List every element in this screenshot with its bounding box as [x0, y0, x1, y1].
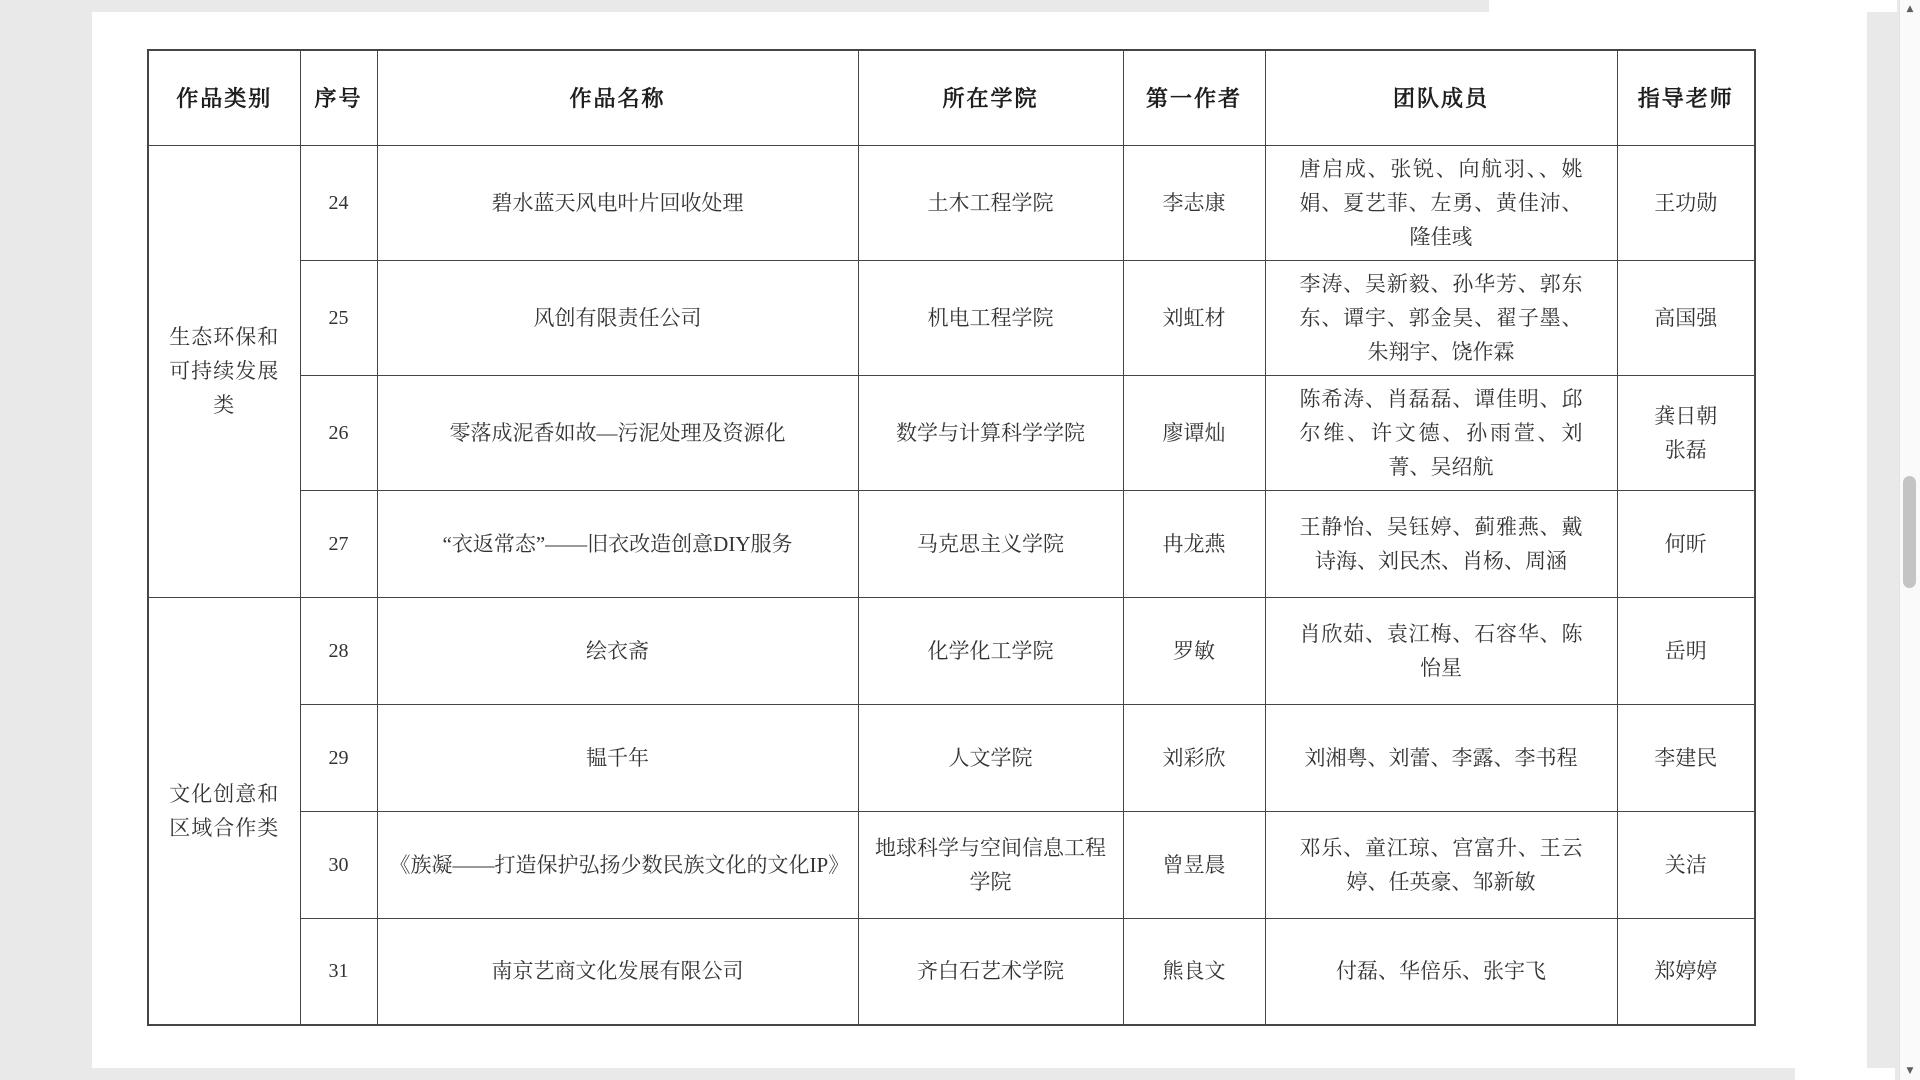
column-header: 序号 [300, 50, 377, 145]
serial-cell: 26 [300, 375, 377, 490]
title-cell: 南京艺商文化发展有限公司 [377, 918, 858, 1025]
column-header: 指导老师 [1617, 50, 1755, 145]
column-header: 团队成员 [1265, 50, 1617, 145]
viewer-top-strip [1489, 0, 1897, 12]
author-cell: 刘彩欣 [1123, 704, 1265, 811]
serial-cell: 25 [300, 260, 377, 375]
author-cell: 曾昱晨 [1123, 811, 1265, 918]
column-header: 第一作者 [1123, 50, 1265, 145]
college-cell: 地球科学与空间信息工程学院 [858, 811, 1123, 918]
scrollbar-down-arrow-icon[interactable]: ▼ [1900, 1062, 1920, 1080]
table-row: 文化创意和区域合作类28绘衣斋化学化工学院罗敏肖欣茹、袁江梅、石容华、陈怡星岳明 [148, 597, 1755, 704]
scrollbar-thumb[interactable] [1903, 476, 1916, 588]
table-row: 25风创有限责任公司机电工程学院刘虹材李涛、吴新毅、孙华芳、郭东东、谭宇、郭金昊… [148, 260, 1755, 375]
column-header: 作品名称 [377, 50, 858, 145]
viewer-bottom-strip [1795, 1068, 1895, 1080]
awards-table: 作品类别序号作品名称所在学院第一作者团队成员指导老师 生态环保和可持续发展类24… [147, 49, 1756, 1026]
table-row: 30《族凝——打造保护弘扬少数民族文化的文化IP》地球科学与空间信息工程学院曾昱… [148, 811, 1755, 918]
advisor-cell: 关洁 [1617, 811, 1755, 918]
college-cell: 马克思主义学院 [858, 490, 1123, 597]
table-row: 27“衣返常态”——旧衣改造创意DIY服务马克思主义学院冉龙燕王静怡、吴钰婷、蓟… [148, 490, 1755, 597]
college-cell: 机电工程学院 [858, 260, 1123, 375]
serial-cell: 30 [300, 811, 377, 918]
team-cell: 李涛、吴新毅、孙华芳、郭东东、谭宇、郭金昊、翟子墨、朱翔宇、饶作霖 [1265, 260, 1617, 375]
table-row: 31南京艺商文化发展有限公司齐白石艺术学院熊良文付磊、华倍乐、张宇飞郑婷婷 [148, 918, 1755, 1025]
college-cell: 人文学院 [858, 704, 1123, 811]
table-row: 生态环保和可持续发展类24碧水蓝天风电叶片回收处理土木工程学院李志康唐启成、张锐… [148, 145, 1755, 260]
vertical-scrollbar[interactable]: ▲ ▼ [1899, 0, 1920, 1080]
advisor-cell: 王功勋 [1617, 145, 1755, 260]
serial-cell: 28 [300, 597, 377, 704]
author-cell: 李志康 [1123, 145, 1265, 260]
document-page: 作品类别序号作品名称所在学院第一作者团队成员指导老师 生态环保和可持续发展类24… [92, 12, 1867, 1068]
college-cell: 齐白石艺术学院 [858, 918, 1123, 1025]
college-cell: 化学化工学院 [858, 597, 1123, 704]
team-cell: 王静怡、吴钰婷、蓟雅燕、戴诗海、刘民杰、肖杨、周涵 [1265, 490, 1617, 597]
column-header: 所在学院 [858, 50, 1123, 145]
author-cell: 刘虹材 [1123, 260, 1265, 375]
advisor-cell: 岳明 [1617, 597, 1755, 704]
scrollbar-up-arrow-icon[interactable]: ▲ [1900, 0, 1920, 18]
document-viewer: 作品类别序号作品名称所在学院第一作者团队成员指导老师 生态环保和可持续发展类24… [0, 0, 1920, 1080]
serial-cell: 24 [300, 145, 377, 260]
author-cell: 廖谭灿 [1123, 375, 1265, 490]
title-cell: 风创有限责任公司 [377, 260, 858, 375]
author-cell: 罗敏 [1123, 597, 1265, 704]
serial-cell: 27 [300, 490, 377, 597]
serial-cell: 31 [300, 918, 377, 1025]
title-cell: 零落成泥香如故—污泥处理及资源化 [377, 375, 858, 490]
team-cell: 付磊、华倍乐、张宇飞 [1265, 918, 1617, 1025]
author-cell: 熊良文 [1123, 918, 1265, 1025]
category-cell: 生态环保和可持续发展类 [148, 145, 300, 597]
advisor-cell: 李建民 [1617, 704, 1755, 811]
title-cell: “衣返常态”——旧衣改造创意DIY服务 [377, 490, 858, 597]
table-header-row: 作品类别序号作品名称所在学院第一作者团队成员指导老师 [148, 50, 1755, 145]
college-cell: 土木工程学院 [858, 145, 1123, 260]
advisor-cell: 高国强 [1617, 260, 1755, 375]
author-cell: 冉龙燕 [1123, 490, 1265, 597]
college-cell: 数学与计算科学学院 [858, 375, 1123, 490]
title-cell: 绘衣斋 [377, 597, 858, 704]
category-cell: 文化创意和区域合作类 [148, 597, 300, 1025]
table-row: 26零落成泥香如故—污泥处理及资源化数学与计算科学学院廖谭灿陈希涛、肖磊磊、谭佳… [148, 375, 1755, 490]
table-row: 29韫千年人文学院刘彩欣刘湘粤、刘蕾、李露、李书程李建民 [148, 704, 1755, 811]
column-header: 作品类别 [148, 50, 300, 145]
title-cell: 韫千年 [377, 704, 858, 811]
team-cell: 肖欣茹、袁江梅、石容华、陈怡星 [1265, 597, 1617, 704]
team-cell: 唐启成、张锐、向航羽、、姚娟、夏艺菲、左勇、黄佳沛、隆佳彧 [1265, 145, 1617, 260]
team-cell: 陈希涛、肖磊磊、谭佳明、邱尔维、许文德、孙雨萱、刘菁、吴绍航 [1265, 375, 1617, 490]
advisor-cell: 龚日朝 张磊 [1617, 375, 1755, 490]
advisor-cell: 何昕 [1617, 490, 1755, 597]
team-cell: 刘湘粤、刘蕾、李露、李书程 [1265, 704, 1617, 811]
title-cell: 碧水蓝天风电叶片回收处理 [377, 145, 858, 260]
title-cell: 《族凝——打造保护弘扬少数民族文化的文化IP》 [377, 811, 858, 918]
advisor-cell: 郑婷婷 [1617, 918, 1755, 1025]
serial-cell: 29 [300, 704, 377, 811]
team-cell: 邓乐、童江琼、宫富升、王云婷、任英豪、邹新敏 [1265, 811, 1617, 918]
